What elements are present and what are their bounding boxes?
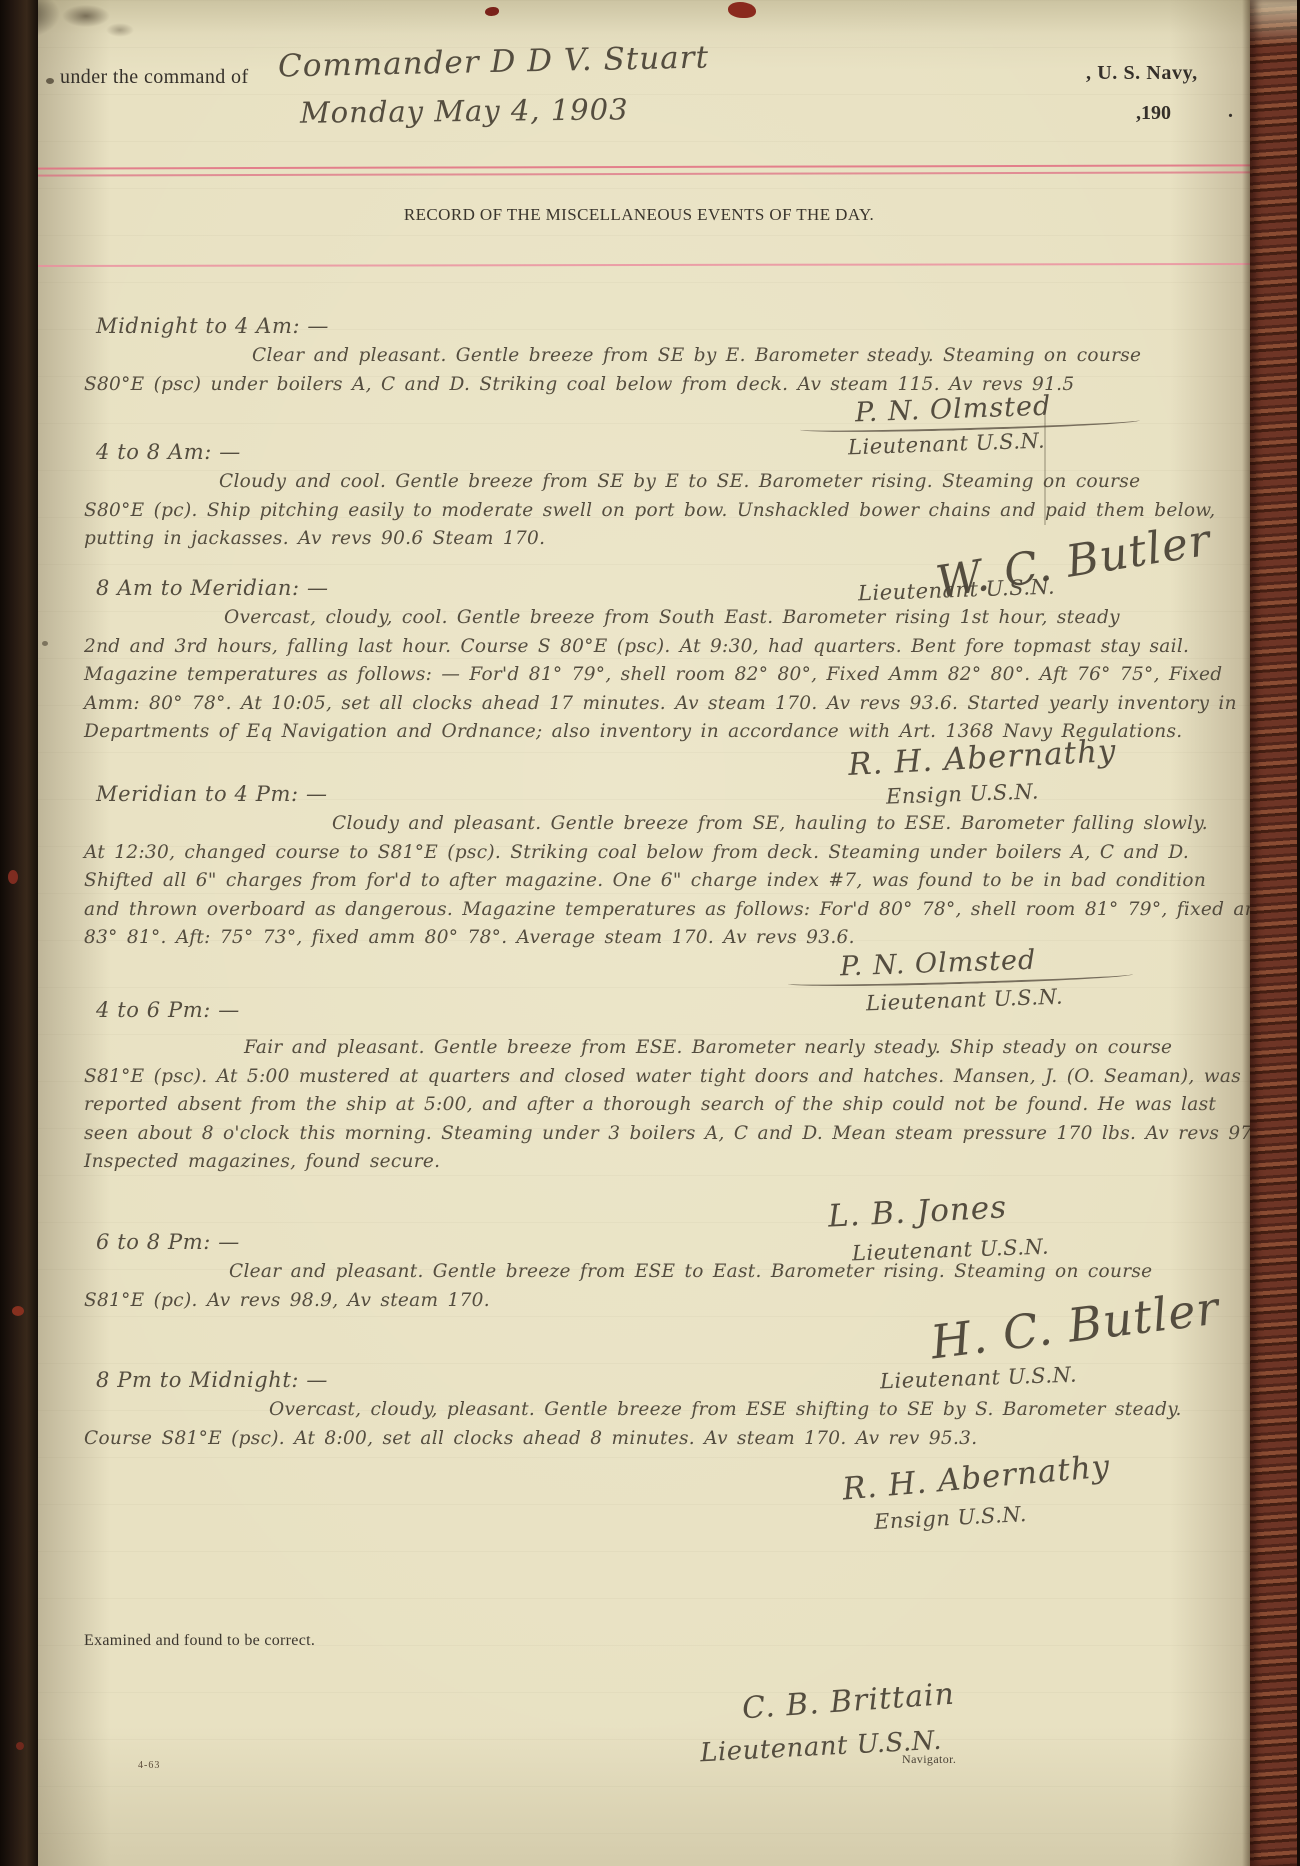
log-line: Course S81°E (psc). At 8:00, set all clo… [84,1425,1184,1454]
signature-abernathy-2: R. H. Abernathy [841,1448,1112,1507]
page-title: RECORD OF THE MISCELLANEOUS EVENTS OF TH… [38,205,1240,225]
log-line: Shifted all 6" charges from for'd to aft… [84,867,1184,896]
log-line: Magazine temperatures as follows: — For'… [84,661,1184,690]
log-line: Fair and pleasant. Gentle breeze from ES… [84,1034,1184,1063]
signature-jones: L. B. Jones [827,1189,1008,1234]
log-line: Amm: 80° 78°. At 10:05, set all clocks a… [84,690,1184,719]
signature-rank-abernathy-2: Ensign U.S.N. [873,1502,1027,1534]
log-line: Clear and pleasant. Gentle breeze from S… [84,342,1184,371]
printed-year-period: . [1228,100,1233,123]
log-line: 2nd and 3rd hours, falling last hour. Co… [84,633,1184,662]
log-line: Overcast, cloudy, pleasant. Gentle breez… [84,1396,1184,1425]
logbook-page-scan: under the command of Commander D D V. St… [0,0,1300,1866]
watch-period-heading: 8 Am to Meridian: — [96,576,1184,600]
binding-red-mark [8,870,18,884]
watch-period-heading: Midnight to 4 Am: — [96,314,1184,338]
double-pink-rule [18,164,1252,176]
watch-period-heading: 4 to 8 Am: — [96,440,1184,464]
binding-red-mark [12,1306,24,1316]
log-line: reported absent from the ship at 5:00, a… [84,1091,1184,1120]
printed-year-prefix: ,190 [1136,102,1171,125]
watch-period-heading: 4 to 6 Pm: — [96,998,1184,1022]
log-line: Inspected magazines, found secure. [84,1148,1184,1177]
log-line: S81°E (psc). At 5:00 mustered at quarter… [84,1063,1184,1092]
form-number-mark: 4-63 [138,1760,160,1771]
log-line: Cloudy and pleasant. Gentle breeze from … [84,810,1184,839]
signature-brittain: C. B. Brittain [741,1677,956,1727]
printed-navy-suffix: , U. S. Navy, [1086,62,1198,85]
log-line: Cloudy and cool. Gentle breeze from SE b… [84,468,1184,497]
log-entry-8pm-midnight: 8 Pm to Midnight: — Overcast, cloudy, pl… [84,1368,1184,1453]
log-entry-6-8pm: 6 to 8 Pm: — Clear and pleasant. Gentle … [84,1230,1184,1315]
log-line: S80°E (pc). Ship pitching easily to mode… [84,497,1184,526]
log-line: Overcast, cloudy, cool. Gentle breeze fr… [84,604,1184,633]
red-speck [485,7,499,16]
log-entry-4-8am: 4 to 8 Am: — Cloudy and cool. Gentle bre… [84,440,1184,554]
log-entry-midnight-4am: Midnight to 4 Am: — Clear and pleasant. … [84,314,1184,399]
book-binding [0,0,38,1866]
log-entry-4-6pm: 4 to 6 Pm: — Fair and pleasant. Gentle b… [84,998,1184,1177]
log-entry-meridian-4pm: Meridian to 4 Pm: — Cloudy and pleasant.… [84,782,1184,953]
commander-name-handwritten: Commander D D V. Stuart [278,39,710,84]
printed-command-prefix: under the command of [60,66,249,89]
examined-note: Examined and found to be correct. [84,1632,315,1650]
watch-period-heading: 8 Pm to Midnight: — [96,1368,1184,1392]
dark-speck [46,78,54,84]
page-edge-shadow [1242,0,1250,1866]
log-line: At 12:30, changed course to S81°E (psc).… [84,839,1184,868]
watch-period-heading: Meridian to 4 Pm: — [96,782,1184,806]
watch-period-heading: 6 to 8 Pm: — [96,1230,1184,1254]
binding-red-mark [16,1742,24,1750]
log-line: and thrown overboard as dangerous. Magaz… [84,896,1184,925]
log-line: seen about 8 o'clock this morning. Steam… [84,1120,1184,1149]
log-entry-8am-meridian: 8 Am to Meridian: — Overcast, cloudy, co… [84,576,1184,747]
page-fore-edge [1250,0,1300,1866]
red-speck [728,2,756,18]
log-line: Clear and pleasant. Gentle breeze from E… [84,1258,1184,1287]
printed-navigator-title: Navigator. [902,1752,956,1767]
single-pink-rule [34,263,1250,267]
dark-speck [42,641,48,646]
paper-fold-line [1044,415,1046,525]
date-handwritten: Monday May 4, 1903 [300,92,629,129]
